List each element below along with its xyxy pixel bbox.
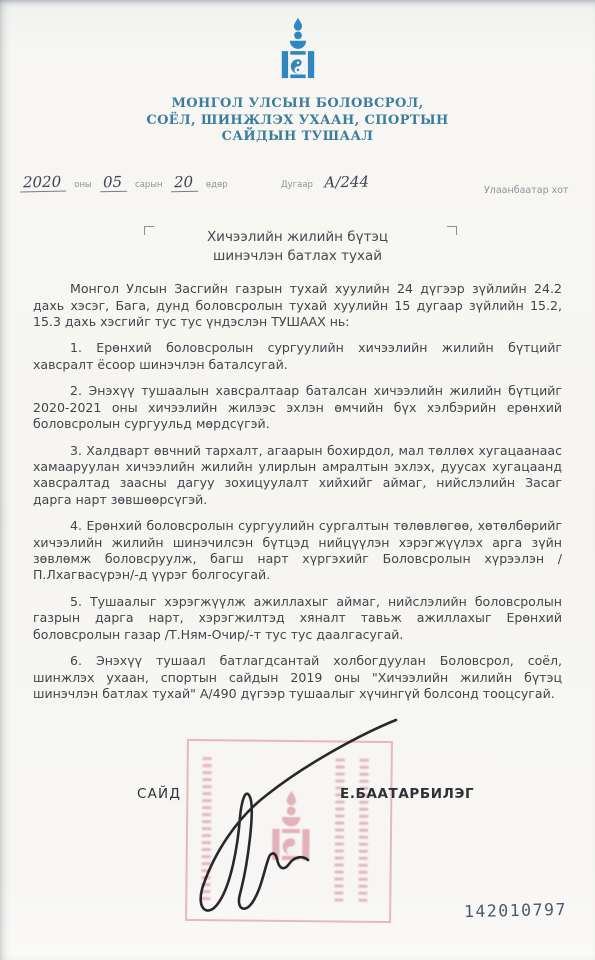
ministry-name-line3: САЙДЫН ТУШААЛ	[0, 129, 595, 146]
corner-bracket-left-icon	[144, 226, 154, 235]
ministry-name-line2: СОЁЛ, ШИНЖЛЭХ УХААН, СПОРТЫН	[0, 113, 595, 130]
date-year-label: оны	[74, 180, 91, 190]
corner-bracket-right-icon	[447, 226, 457, 235]
document-title: Хичээлийн жилийн бүтэц шинэчлэн батлах т…	[0, 228, 595, 265]
order-number-label: Дугаар	[281, 180, 313, 190]
body-paragraph-item4: 4. Ерөнхий боловсролын сургуулийн сургал…	[33, 518, 562, 584]
document-title-line1: Хичээлийн жилийн бүтэц	[0, 228, 595, 247]
ministry-name-line1: МОНГОЛ УЛСЫН БОЛОВСРОЛ,	[0, 96, 595, 113]
date-day-label: өдөр	[206, 180, 228, 190]
document-title-line2: шинэчлэн батлах тухай	[0, 247, 595, 266]
date-month-label: сарын	[135, 180, 163, 190]
body-paragraph-preamble: Монгол Улсын Засгийн газрын тухай хуулий…	[33, 281, 562, 330]
signature-block: САЙД Е.БААТАРБИЛЭГ	[0, 712, 595, 930]
scanned-document-page: МОНГОЛ УЛСЫН БОЛОВСРОЛ, СОЁЛ, ШИНЖЛЭХ УХ…	[0, 0, 595, 960]
meta-line: 2020 оны 05 сарын 20 өдөр Дугаар А/244 У…	[0, 170, 595, 202]
body-paragraph-item1: 1. Ерөнхий боловсролын сургуулийн хичээл…	[33, 340, 562, 373]
body-paragraph-item5: 5. Тушаалыг хэрэгжүүлж ажиллахыг аймаг, …	[33, 594, 562, 643]
minister-signature-icon	[156, 712, 406, 930]
date-line: 2020 оны 05 сарын 20 өдөр	[20, 172, 231, 192]
body-paragraph-item2: 2. Энэхүү тушаалын хавсралтаар баталсан …	[33, 383, 562, 432]
order-number-value: А/244	[321, 172, 374, 191]
date-day-value: 20	[170, 173, 197, 193]
serial-number: 142010797	[464, 900, 567, 921]
soyombo-emblem-icon	[270, 16, 326, 88]
body-paragraph-item6: 6. Энэхүү тушаал батлагдсантай холбогдуу…	[33, 653, 562, 702]
order-number: Дугаар А/244	[278, 172, 374, 191]
city-label: Улаанбаатар хот	[484, 185, 569, 196]
document-body: Монгол Улсын Засгийн газрын тухай хуулий…	[33, 281, 562, 702]
date-year-value: 2020	[20, 172, 67, 192]
body-paragraph-item3: 3. Халдварт өвчний тархалт, агаарын бохи…	[33, 443, 562, 509]
ministry-name: МОНГОЛ УЛСЫН БОЛОВСРОЛ, СОЁЛ, ШИНЖЛЭХ УХ…	[0, 96, 595, 146]
date-month-value: 05	[100, 173, 127, 193]
